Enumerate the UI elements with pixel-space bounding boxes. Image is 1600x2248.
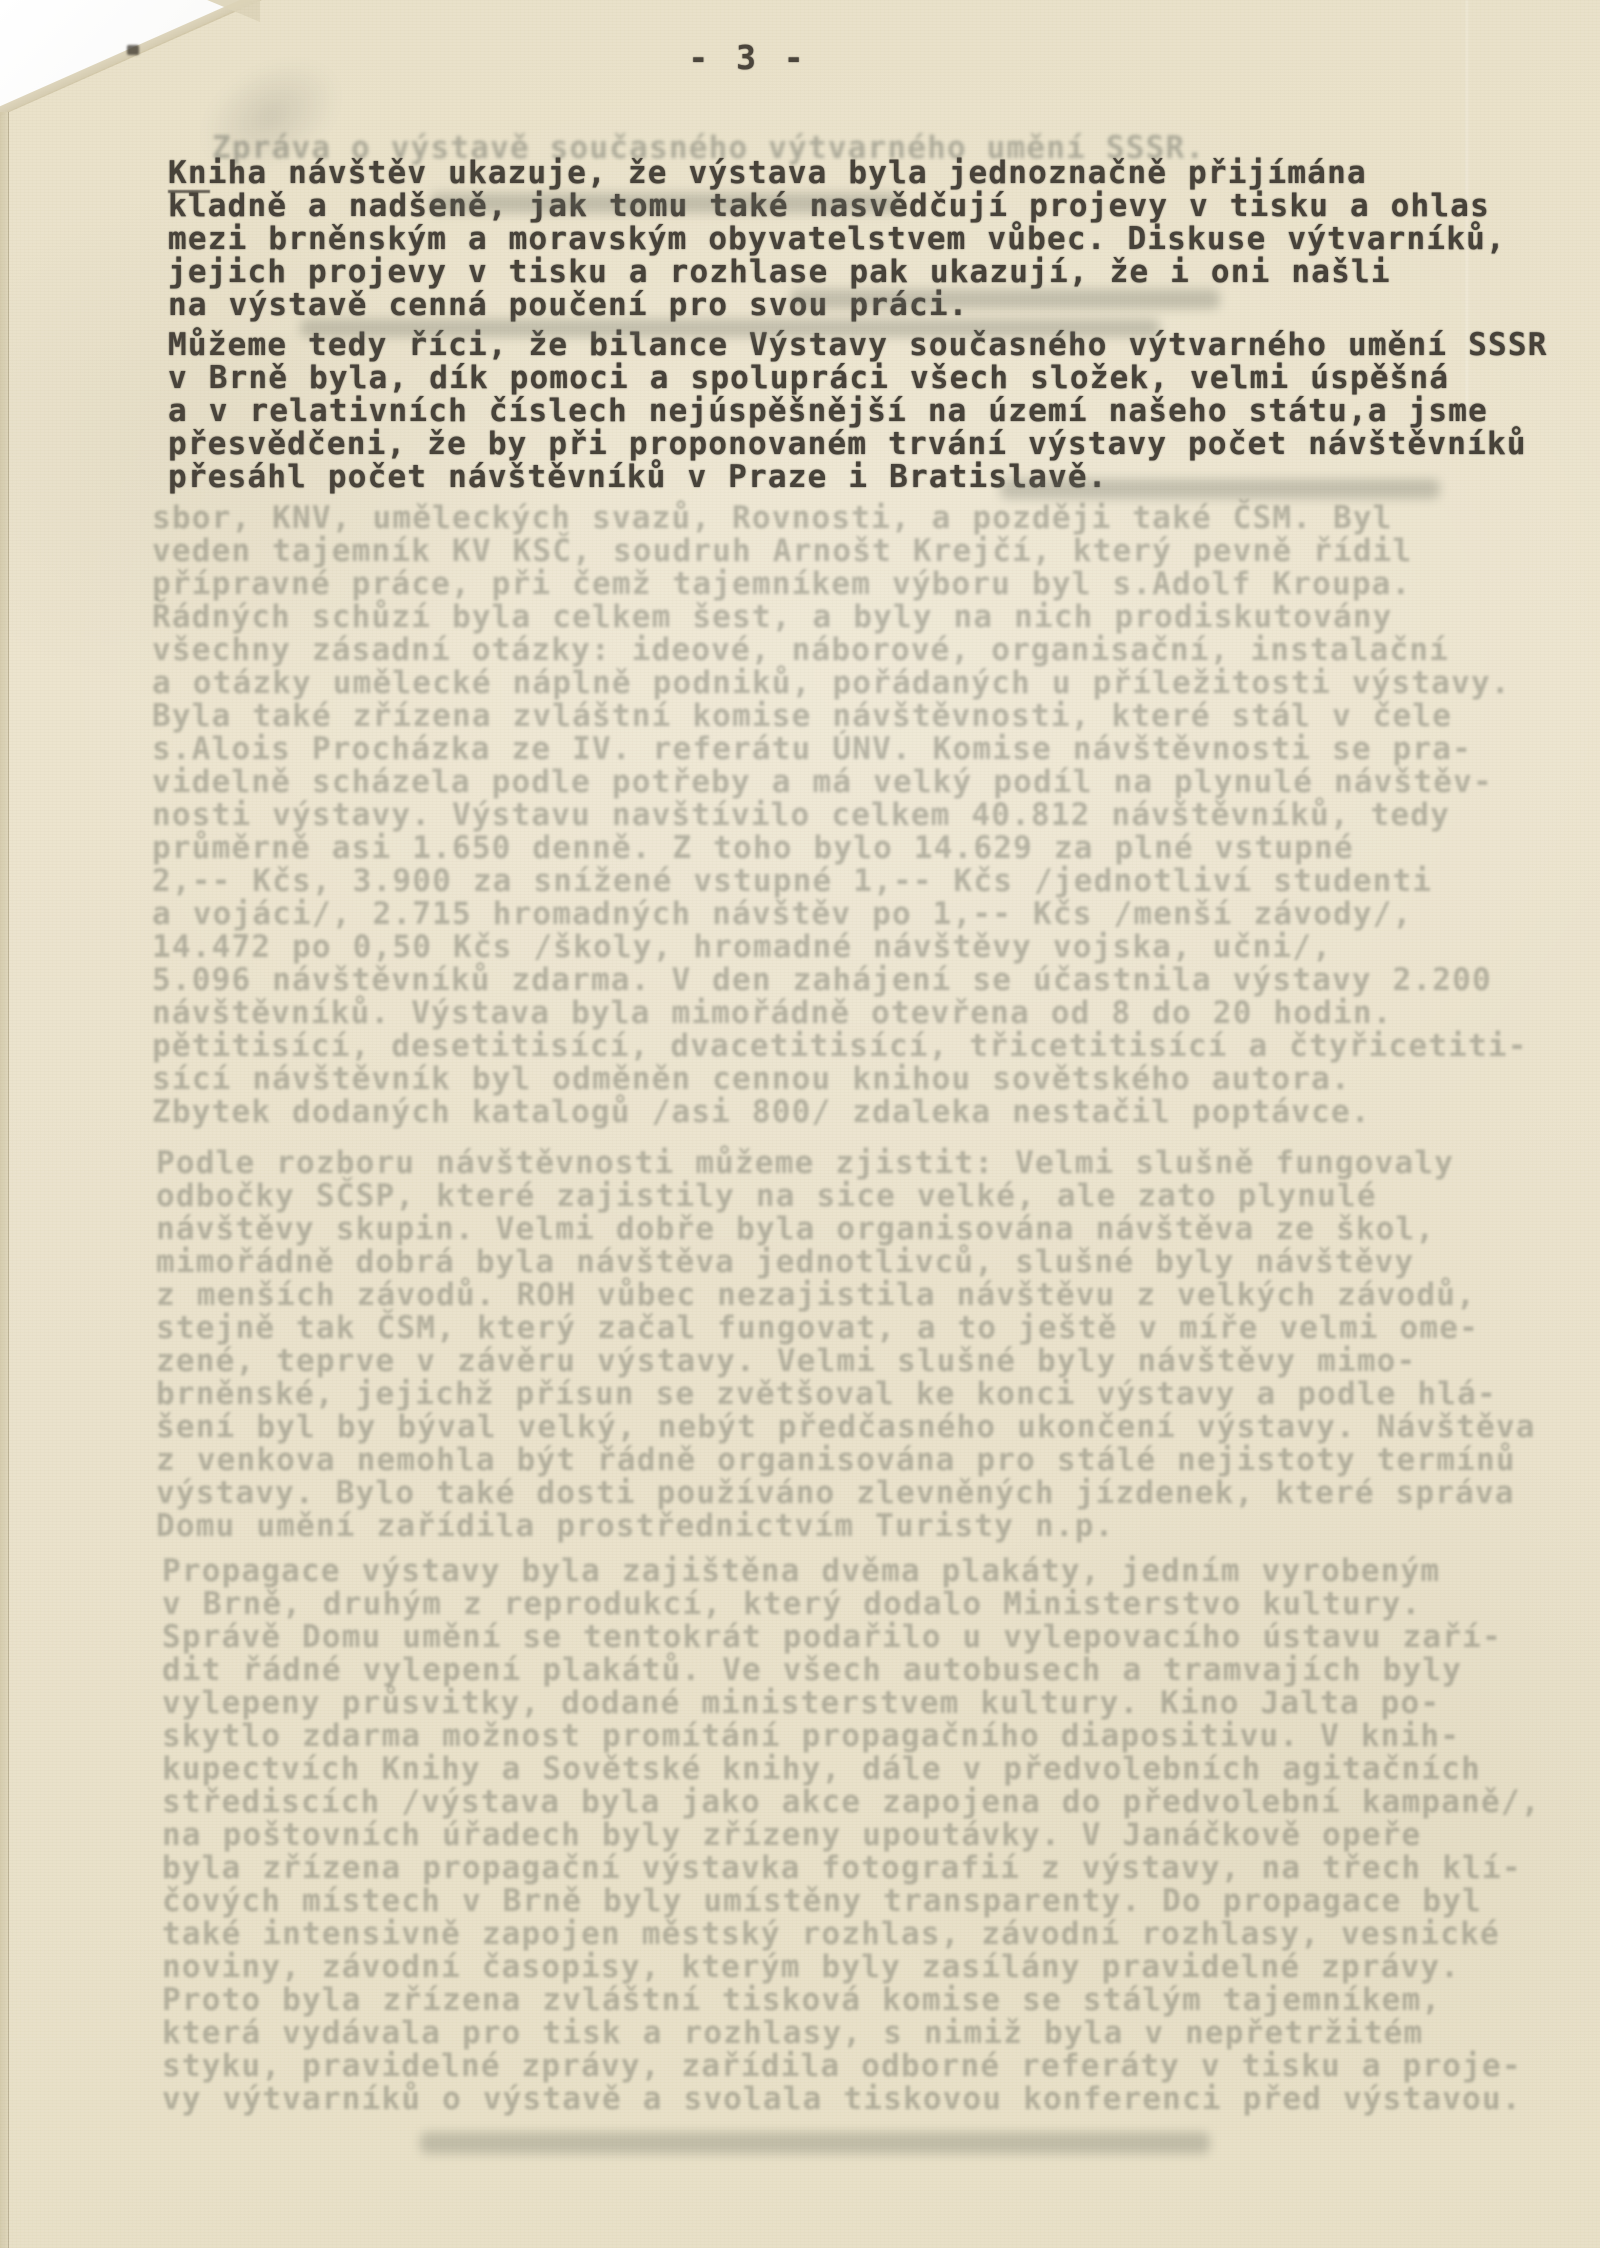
- paragraph-2: Můžeme tedy říci, že bilance Výstavy sou…: [168, 329, 1548, 494]
- ink-smudge: [420, 2132, 1210, 2154]
- ink-smudge: [1000, 479, 1440, 499]
- ghost-paragraph-b: Podle rozboru návštěvnosti můžeme zjisti…: [156, 1147, 1536, 1543]
- ink-underline-mark: [168, 190, 210, 193]
- page-number: - 3 -: [678, 38, 818, 77]
- ink-speck: [127, 45, 139, 55]
- ghost-paragraph-c: Propagace výstavy byla zajištěna dvěma p…: [162, 1555, 1541, 2116]
- ink-smudge: [300, 319, 1160, 337]
- left-paper-edge: [0, 112, 9, 2248]
- ghost-paragraph-a: sbor, KNV, uměleckých svazů, Rovnosti, a…: [152, 502, 1528, 1129]
- ink-smudge: [430, 193, 900, 213]
- ink-smudge: [790, 289, 1220, 309]
